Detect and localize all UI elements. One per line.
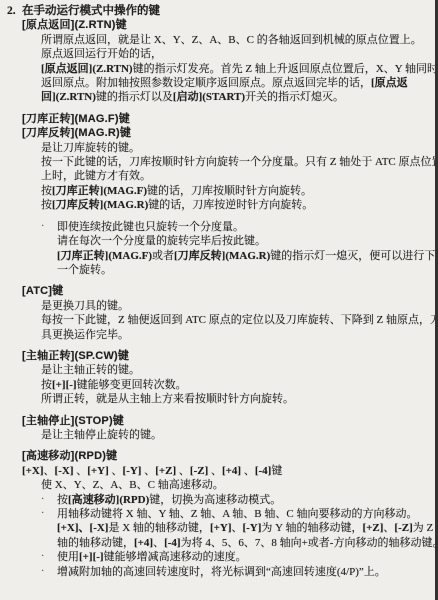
- text-run: 所谓正转，就是从主轴上方来看按顺时针方向旋转。: [41, 393, 294, 405]
- text-line: 按[刀库反转](MAG.R)键的话，刀库按逆时针方向旋转。: [0, 198, 432, 212]
- text-run: 、: [208, 465, 222, 477]
- text-run: 使 X、Y、Z、A、B、C 轴高速移动。: [41, 479, 224, 491]
- text-run: 、: [176, 465, 190, 477]
- key-name: 回](Z.RTN): [41, 91, 96, 103]
- text-run: 开关的指示灯熄灭。: [245, 91, 344, 103]
- key-name: [+Y]: [210, 522, 232, 534]
- text-run: 为将 4、5、6、7、8 轴向+或者-方向移动的轴移动键。: [181, 537, 438, 549]
- section-gap: [0, 277, 432, 284]
- text-line: 回](Z.RTN)键的指示灯以及[启动](START)开关的指示灯熄灭。: [0, 90, 432, 104]
- text-line: 按[+][-]键能够变更回转次数。: [0, 378, 432, 392]
- bullet-dot-icon: ·: [41, 507, 44, 521]
- text-run: 或者: [152, 250, 174, 262]
- text-run: 是让主轴正转的键。: [41, 364, 140, 376]
- text-run: 返回原点。附加轴按照参数设定顺序返回原点。原点返回完毕的话，: [41, 77, 371, 89]
- bullet-line: ·即使连续按此键也只旋转一个分度量。: [0, 220, 432, 234]
- text-line: 一个旋转。: [0, 263, 432, 277]
- text-run: 、: [153, 537, 164, 549]
- bullet-dot-icon: ·: [41, 565, 44, 579]
- section-heading: [主轴正转](SP.CW)键: [0, 349, 432, 363]
- text-line: 返回原点。附加轴按照参数设定顺序返回原点。原点返回完毕的话，[原点返: [0, 76, 432, 90]
- bullet-dot-icon: ·: [41, 220, 44, 234]
- text-run: 键的指示灯一熄灭，便可以进行下: [270, 250, 435, 262]
- key-name: [主轴正转](SP.CW)键: [22, 350, 129, 362]
- text-run: 按: [57, 494, 68, 506]
- key-name: [刀库正转](MAG.F)键: [22, 113, 130, 125]
- text-run: 键能够增减高速移动的速度。: [104, 551, 247, 563]
- key-name: [+][-]: [52, 379, 77, 391]
- section-heading: [ATC]键: [0, 284, 432, 298]
- section-heading: [高速移动](RPD)键: [0, 449, 432, 463]
- key-name: [-Z]: [190, 465, 208, 477]
- key-name: [+4]: [222, 465, 241, 477]
- text-line: 每按一下此键，Z 轴便返回到 ATC 原点的定位以及刀库旋转、下降到 Z 轴原点…: [0, 313, 432, 327]
- text-line: 按[刀库正转](MAG.F)键的话，刀库按顺时针方向旋转。: [0, 184, 432, 198]
- key-name: [ATC]键: [22, 285, 63, 297]
- section-gap: [0, 105, 432, 112]
- list-number: 2.: [7, 4, 22, 18]
- text-run: 键的指示灯以及: [96, 91, 173, 103]
- key-name: [高速移动](RPD)键: [22, 450, 117, 462]
- document-body: [原点返回](Z.RTN)键所谓原点返回，就是让 X、Y、Z、A、B、C 的各轴…: [0, 18, 432, 579]
- text-run: 键的指示灯发亮。首先 Z 轴上升返回原点位置后，X、Y 轴同时: [133, 63, 438, 75]
- text-run: 请在每次一个分度量的旋转完毕后按此键。: [57, 235, 266, 247]
- key-name: [-Z]: [394, 522, 412, 534]
- text-line: [原点返回](Z.RTN)键的指示灯发亮。首先 Z 轴上升返回原点位置后，X、Y…: [0, 62, 432, 76]
- text-line: [+X]、[-X]是 X 轴的轴移动键，[+Y]、[-Y]为 Y 轴的轴移动键，…: [0, 521, 432, 535]
- text-line: 是让刀库旋转的键。: [0, 141, 432, 155]
- text-line: 是让主轴停止旋转的键。: [0, 428, 432, 442]
- key-name: [刀库反转](MAG.R): [52, 199, 148, 211]
- key-name: [启动](START): [173, 91, 245, 103]
- text-line: [+X]、[-X] 、[+Y] 、[-Y] 、[+Z] 、[-Z] 、[+4] …: [0, 464, 432, 478]
- key-name: [刀库反转](MAG.R): [174, 250, 270, 262]
- key-name: [-Y]: [123, 465, 142, 477]
- key-name: [-4]: [255, 465, 272, 477]
- text-line: 所谓原点返回，就是让 X、Y、Z、A、B、C 的各轴返回到机械的原点位置上。: [0, 33, 432, 47]
- bullet-line: ·增减附加轴的高速回转速度时，将光标调到“高速回转速度(4/P)”上。: [0, 565, 432, 579]
- key-name: [原点返回](Z.RTN): [41, 63, 133, 75]
- text-line: 轴的轴移动键，[+4]、[-4]为将 4、5、6、7、8 轴向+或者-方向移动的…: [0, 536, 432, 550]
- text-run: 、: [383, 522, 394, 534]
- text-run: 、: [241, 465, 255, 477]
- key-name: [原点返回](Z.RTN)键: [22, 19, 127, 31]
- text-run: 用轴移动键将 X 轴、Y 轴、Z 轴、A 轴、B 轴、C 轴向要移动的方向移动。: [57, 508, 417, 520]
- text-run: 是更换刀具的键。: [41, 300, 129, 312]
- text-run: 为 Z: [413, 522, 433, 534]
- bullet-line: ·用轴移动键将 X 轴、Y 轴、Z 轴、A 轴、B 轴、C 轴向要移动的方向移动…: [0, 507, 432, 521]
- text-run: 为 Y 轴的轴移动键，: [261, 522, 362, 534]
- text-run: 、: [73, 465, 87, 477]
- text-run: 轴的轴移动键，: [57, 537, 134, 549]
- section-heading: [主轴停止](STOP)键: [0, 414, 432, 428]
- text-line: 按一下此键的话，刀库按顺时针方向旋转一个分度量。只有 Z 轴处于 ATC 原点位…: [0, 155, 432, 169]
- text-line: 所谓正转，就是从主轴上方来看按顺时针方向旋转。: [0, 392, 432, 406]
- key-name: [-X]: [55, 465, 74, 477]
- text-run: 、: [109, 465, 123, 477]
- text-run: 即使连续按此键也只旋转一个分度量。: [57, 221, 244, 233]
- text-run: 按: [41, 199, 52, 211]
- text-run: 按: [41, 185, 52, 197]
- section-heading: [刀库反转](MAG.R)键: [0, 126, 432, 140]
- text-line: 请在每次一个分度量的旋转完毕后按此键。: [0, 234, 432, 248]
- section-gap: [0, 213, 432, 220]
- text-run: 是 X 轴的轴移动键，: [108, 522, 209, 534]
- bullet-line: ·使用[+][-]键能够增减高速移动的速度。: [0, 550, 432, 564]
- key-name: [主轴停止](STOP)键: [22, 415, 124, 427]
- key-name: [+4]: [134, 537, 153, 549]
- key-name: [刀库正转](MAG.F): [52, 185, 147, 197]
- text-line: 原点返回运行开始的话，: [0, 47, 432, 61]
- key-name: [+Y]: [87, 465, 109, 477]
- text-run: 上时，此键方才有效。: [41, 170, 151, 182]
- text-run: 、: [231, 522, 242, 534]
- key-name: [-Y]: [242, 522, 261, 534]
- key-name: [+X]、[-X]: [57, 522, 108, 534]
- bullet-dot-icon: ·: [41, 493, 44, 507]
- bullet-line: ·按[高速移动](RPD)键，切换为高速移动模式。: [0, 493, 432, 507]
- text-run: 、: [141, 465, 155, 477]
- key-name: [原点返: [371, 77, 408, 89]
- section-gap: [0, 407, 432, 414]
- text-run: 是让主轴停止旋转的键。: [41, 429, 162, 441]
- text-run: 键的话，刀库按逆时针方向旋转。: [148, 199, 313, 211]
- text-run: 按: [41, 379, 52, 391]
- text-line: 具更换运作完毕。: [0, 328, 432, 342]
- section-gap: [0, 342, 432, 349]
- text-run: 所谓原点返回，就是让 X、Y、Z、A、B、C 的各轴返回到机械的原点位置上。: [41, 34, 422, 46]
- text-run: 具更换运作完毕。: [41, 329, 129, 341]
- section-heading: [原点返回](Z.RTN)键: [0, 18, 432, 32]
- text-run: 键: [271, 465, 282, 477]
- key-name: [+X]: [22, 465, 44, 477]
- text-run: 键能够变更回转次数。: [77, 379, 187, 391]
- key-name: [刀库反转](MAG.R)键: [22, 127, 131, 139]
- section-title-row: 2.在手动运行模式中操作的键: [0, 4, 432, 18]
- text-run: 键的话，刀库按顺时针方向旋转。: [147, 185, 312, 197]
- text-run: 一个旋转。: [57, 264, 112, 276]
- page-title: 在手动运行模式中操作的键: [22, 5, 160, 17]
- bullet-dot-icon: ·: [41, 550, 44, 564]
- text-run: 按一下此键的话，刀库按顺时针方向旋转一个分度量。只有 Z 轴处于 ATC 原点位…: [41, 156, 438, 168]
- text-run: 键，切换为高速移动模式。: [149, 494, 281, 506]
- key-name: [高速移动](RPD): [68, 494, 149, 506]
- key-name: [-4]: [164, 537, 181, 549]
- section-heading: [刀库正转](MAG.F)键: [0, 112, 432, 126]
- text-run: 使用: [57, 551, 79, 563]
- text-run: 是让刀库旋转的键。: [41, 142, 140, 154]
- text-run: 、: [44, 465, 55, 477]
- text-run: 原点返回运行开始的话，: [41, 48, 162, 60]
- text-line: 是更换刀具的键。: [0, 299, 432, 313]
- text-line: 上时，此键方才有效。: [0, 169, 432, 183]
- text-run: 每按一下此键，Z 轴便返回到 ATC 原点的定位以及刀库旋转、下降到 Z 轴原点…: [41, 314, 438, 326]
- text-run: 增减附加轴的高速回转速度时，将光标调到“高速回转速度(4/P)”上。: [57, 566, 386, 578]
- key-name: [+Z]: [362, 522, 383, 534]
- key-name: [+Z]: [155, 465, 176, 477]
- key-name: [+][-]: [79, 551, 104, 563]
- document-page: 2.在手动运行模式中操作的键 [原点返回](Z.RTN)键所谓原点返回，就是让 …: [0, 0, 438, 600]
- text-line: [刀库正转](MAG.F)或者[刀库反转](MAG.R)键的指示灯一熄灭，便可以…: [0, 249, 432, 263]
- text-line: 是让主轴正转的键。: [0, 363, 432, 377]
- text-line: 使 X、Y、Z、A、B、C 轴高速移动。: [0, 478, 432, 492]
- section-gap: [0, 442, 432, 449]
- key-name: [刀库正转](MAG.F): [57, 250, 152, 262]
